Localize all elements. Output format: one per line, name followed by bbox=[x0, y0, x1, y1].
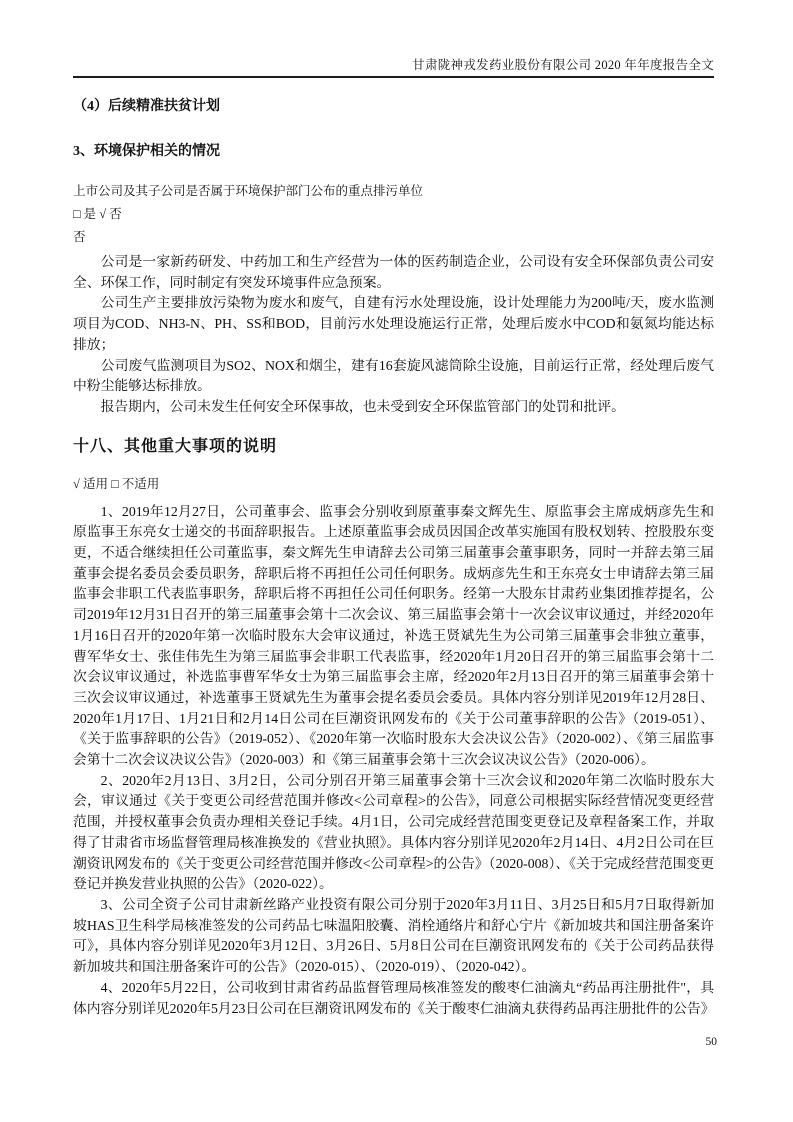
heading-environment-protection: 3、环境保护相关的情况 bbox=[73, 142, 714, 161]
env-paragraph: 公司生产主要排放污染物为废水和废气，自建有污水处理设施，设计处理能力为200吨/… bbox=[73, 293, 714, 355]
heading-other-major-events: 十八、其他重大事项的说明 bbox=[73, 436, 714, 458]
env-paragraph: 公司是一家新药研发、中药加工和生产经营为一体的医药制造企业，公司设有安全环保部负… bbox=[73, 252, 714, 293]
event-paragraph: 4、2020年5月22日，公司收到甘肃省药品监督管理局核准签发的酸枣仁油滴丸“药… bbox=[73, 978, 714, 1019]
env-paragraph: 报告期内，公司未发生任何安全环保事故，也未受到安全环保监管部门的处罚和批评。 bbox=[73, 397, 714, 418]
event-paragraph: 1、2019年12月27日，公司董事会、监事会分别收到原董事秦文辉先生、原监事会… bbox=[73, 502, 714, 771]
page-header: 甘肃陇神戎发药业股份有限公司 2020 年年度报告全文 bbox=[73, 0, 714, 78]
answer-no: 否 bbox=[73, 229, 714, 246]
report-title: 甘肃陇神戎发药业股份有限公司 2020 年年度报告全文 bbox=[412, 58, 714, 72]
heading-followup-poverty-plan: （4）后续精准扶贫计划 bbox=[73, 97, 714, 116]
applicable-line: √ 适用 □ 不适用 bbox=[73, 476, 714, 493]
env-paragraph: 公司废气监测项目为SO2、NOX和烟尘，建有16套旋风滤筒除尘设施，目前运行正常… bbox=[73, 356, 714, 397]
report-page: 甘肃陇神戎发药业股份有限公司 2020 年年度报告全文 （4）后续精准扶贫计划 … bbox=[0, 0, 793, 1122]
pollutant-unit-question: 上市公司及其子公司是否属于环境保护部门公布的重点排污单位 bbox=[73, 183, 714, 200]
event-paragraph: 2、2020年2月13日、3月2日，公司分别召开第三届董事会第十三次会议和202… bbox=[73, 771, 714, 895]
event-paragraph: 3、公司全资子公司甘肃新丝路产业投资有限公司分别于2020年3月11日、3月25… bbox=[73, 895, 714, 978]
yes-no-checkbox-line: □ 是 √ 否 bbox=[73, 206, 714, 223]
environment-paragraphs: 公司是一家新药研发、中药加工和生产经营为一体的医药制造企业，公司设有安全环保部负… bbox=[73, 252, 714, 418]
other-major-events-paragraphs: 1、2019年12月27日，公司董事会、监事会分别收到原董事秦文辉先生、原监事会… bbox=[73, 502, 714, 1020]
page-number: 50 bbox=[706, 1036, 718, 1048]
